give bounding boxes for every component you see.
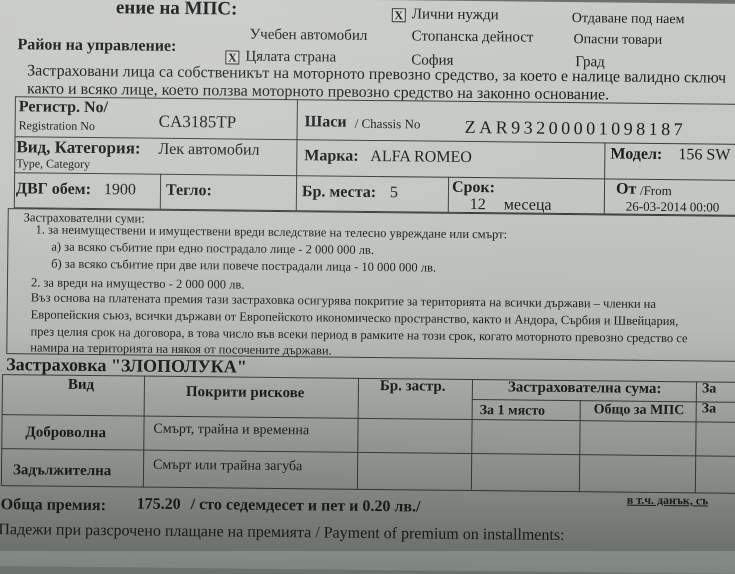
col-header-cut-group: За [702,381,717,397]
make-value: ALFA ROMEO [370,148,472,167]
col-header-count: Бр. застр. [380,378,446,396]
usage-option-training: Учебен автомобил [250,27,368,45]
total-premium-words: / сто седемдесет и пет и 0.20 лв./ [191,496,421,516]
tax-note: в т.ч. данък, съ [627,493,709,509]
registration-label-en: Registration No [19,118,95,134]
col-header-risks: Покрити рискове [186,384,305,402]
make-label: Марка: [304,147,358,166]
from-date-value: 26-03-2014 00:00 [626,199,720,216]
registration-value: CA3185TP [159,112,237,133]
col-header-sum-group: Застрахователна сума: [508,379,662,398]
total-premium-value: 175.20 [137,496,181,514]
chassis-value: ZAR93200001098187 [465,117,687,140]
usage-option-dangerous-goods: Опасни товари [573,32,662,49]
total-premium-label: Обща премия: [1,496,106,515]
row-voluntary-type: Доброволна [25,424,106,442]
row-voluntary-risks: Смърт, трайна и временна [153,422,309,440]
seats-value: 5 [390,184,398,202]
from-label-en: /From [640,183,672,199]
usage-option-business: Стопанска дейност [412,28,534,46]
type-category-label: Вид, Категория: [16,137,140,158]
term-value: 12 [470,196,486,214]
engine-volume-label: ДВГ обем: [16,180,91,199]
insurance-policy-paper: ение на МПС: XЛични нужди Отдаване под н… [0,0,735,551]
col-header-per-seat: За 1 място [480,403,546,420]
region-label: Район на управление: [17,36,176,56]
weight-label: Тегло: [166,182,212,200]
checkbox-checked-icon[interactable]: X [392,8,406,22]
checkbox-checked-icon[interactable]: X [225,50,239,64]
type-category-label-en: Type, Category [16,156,90,172]
seats-label: Бр. места: [302,183,376,202]
vehicle-usage-heading: ение на МПС: [116,0,238,21]
model-value: 156 SW [678,146,730,165]
installments-label: Падежи при разсрочено плащане на премият… [0,521,565,545]
col-header-type: Вид [68,377,94,394]
usage-option-personal[interactable]: XЛични нужди [392,6,499,24]
engine-volume-value: 1900 [104,181,136,199]
col-header-total: Общо за МПС [594,402,685,419]
model-label: Модел: [610,145,662,164]
usage-option-rental: Отдаване под наем [572,11,685,28]
row-mandatory-type: Задължителна [13,462,111,480]
chassis-label-en: / Chassis No [355,116,421,133]
registration-label: Регистр. No/ [19,98,108,117]
from-label: От [616,181,636,199]
chassis-label: Шаси [305,113,347,131]
col-header-cut-sub: За [702,401,717,417]
row-mandatory-risks: Смърт или трайна загуба [153,458,302,476]
term-unit: месеца [504,196,552,214]
term-label: Срок: [452,179,495,197]
type-category-value: Лек автомобил [158,141,259,160]
